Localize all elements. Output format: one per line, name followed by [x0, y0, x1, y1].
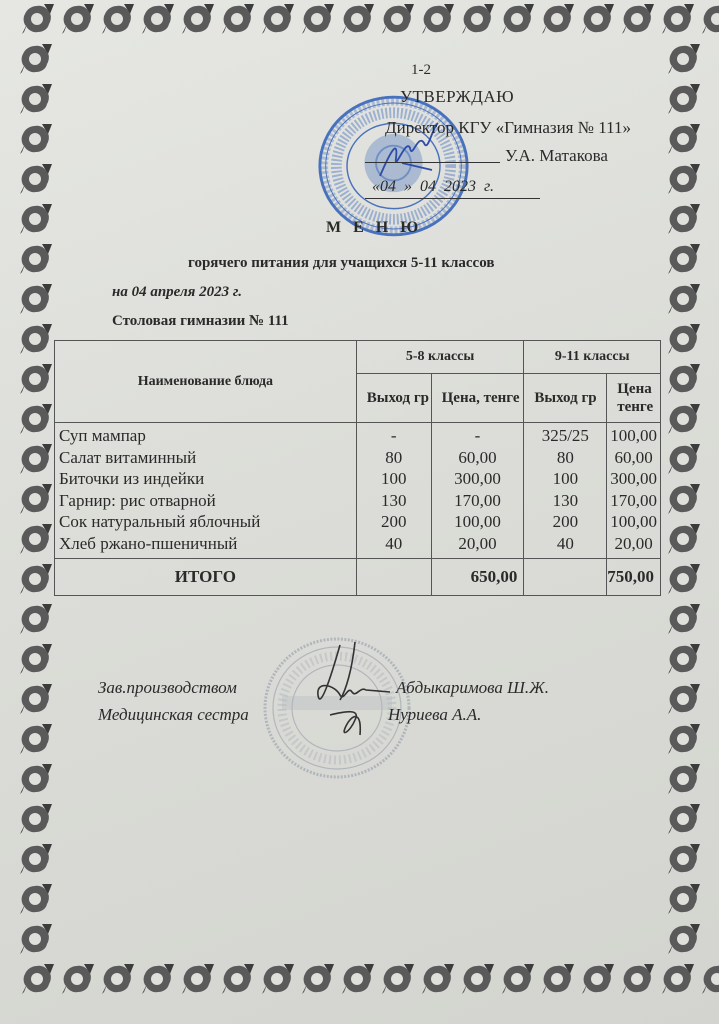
- ornament-tile-icon: [538, 962, 576, 996]
- ornament-tile-icon: [16, 282, 54, 316]
- ornament-tile-icon: [98, 2, 136, 36]
- ornament-tile-icon: [378, 962, 416, 996]
- ornament-tile-icon: [578, 2, 616, 36]
- total-label: ИТОГО: [55, 559, 357, 596]
- table-cell-b-yield: 100: [524, 468, 606, 490]
- nurse-role: Медицинская сестра: [98, 705, 249, 725]
- ornament-tile-icon: [18, 2, 56, 36]
- ornament-tile-icon: [418, 962, 456, 996]
- ornament-tile-icon: [16, 842, 54, 876]
- table-cell-b-price: 300,00: [607, 468, 660, 490]
- total-empty-a: [356, 559, 431, 596]
- date-underline: [365, 198, 540, 199]
- production-manager-role: Зав.производством: [98, 678, 237, 698]
- yield-a-column: -8010013020040: [356, 423, 431, 559]
- table-cell-b-price: 20,00: [607, 533, 660, 555]
- total-price-a: 650,00: [431, 559, 524, 596]
- ornament-tile-icon: [16, 402, 54, 436]
- ornament-tile-icon: [664, 722, 702, 756]
- ornament-tile-icon: [16, 122, 54, 156]
- ornament-tile-icon: [664, 202, 702, 236]
- table-cell-a-price: 300,00: [432, 468, 524, 490]
- table-cell-name: Гарнир: рис отварной: [59, 490, 352, 512]
- canteen-name: Столовая гимназии № 111: [112, 313, 289, 330]
- table-cell-b-yield: 40: [524, 533, 606, 555]
- ornament-tile-icon: [58, 962, 96, 996]
- ornament-tile-icon: [298, 962, 336, 996]
- table-cell-b-price: 100,00: [607, 425, 660, 447]
- manager-signature: [300, 640, 410, 740]
- ornament-tile-icon: [498, 962, 536, 996]
- ornament-tile-icon: [16, 82, 54, 116]
- ornament-tile-icon: [664, 242, 702, 276]
- school-stamp-icon: [316, 92, 471, 240]
- nurse-name: Нуриева А.А.: [388, 705, 481, 725]
- table-cell-b-yield: 80: [524, 447, 606, 469]
- ornament-tile-icon: [138, 962, 176, 996]
- ornament-tile-icon: [16, 922, 54, 956]
- table-cell-a-yield: -: [357, 425, 431, 447]
- ornament-tile-icon: [664, 522, 702, 556]
- ornament-tile-icon: [16, 762, 54, 796]
- director-name: У.А. Матакова: [505, 146, 608, 166]
- ornament-tile-icon: [16, 722, 54, 756]
- total-price-b: 750,00: [607, 559, 661, 596]
- menu-date: на 04 апреля 2023 г.: [112, 284, 242, 301]
- ornament-tile-icon: [664, 682, 702, 716]
- table-cell-b-yield: 200: [524, 511, 606, 533]
- ornament-tile-icon: [16, 442, 54, 476]
- ornament-tile-icon: [664, 762, 702, 796]
- ornament-tile-icon: [664, 122, 702, 156]
- ornament-tile-icon: [16, 362, 54, 396]
- ornament-tile-icon: [664, 602, 702, 636]
- ornament-tile-icon: [458, 2, 496, 36]
- ornament-tile-icon: [618, 2, 656, 36]
- table-cell-a-yield: 80: [357, 447, 431, 469]
- ornament-tile-icon: [664, 562, 702, 596]
- ornament-tile-icon: [16, 162, 54, 196]
- table-cell-a-price: 20,00: [432, 533, 524, 555]
- ornament-tile-icon: [498, 2, 536, 36]
- ornament-tile-icon: [338, 962, 376, 996]
- header-dish-name: Наименование блюда: [55, 341, 357, 423]
- ornament-tile-icon: [258, 2, 296, 36]
- ornament-tile-icon: [664, 42, 702, 76]
- header-group-9-11: 9-11 классы: [524, 341, 661, 374]
- menu-table: Наименование блюда 5-8 классы 9-11 класс…: [54, 340, 661, 596]
- production-manager-name: Абдыкаримова Ш.Ж.: [396, 678, 549, 698]
- table-cell-b-price: 60,00: [607, 447, 660, 469]
- document-title: М Е Н Ю: [326, 219, 422, 237]
- ornament-tile-icon: [16, 202, 54, 236]
- price-a-column: -60,00300,00170,00100,0020,00: [431, 423, 524, 559]
- ornament-tile-icon: [664, 882, 702, 916]
- total-row: ИТОГО 650,00 750,00: [55, 559, 661, 596]
- ornament-tile-icon: [618, 962, 656, 996]
- ornament-tile-icon: [16, 522, 54, 556]
- ornament-tile-icon: [664, 282, 702, 316]
- ornament-tile-icon: [664, 442, 702, 476]
- table-cell-a-yield: 130: [357, 490, 431, 512]
- header-price-b: Цена тенге: [607, 374, 661, 423]
- ornament-tile-icon: [16, 602, 54, 636]
- ornament-tile-icon: [664, 362, 702, 396]
- ornament-tile-icon: [658, 962, 696, 996]
- ornament-tile-icon: [698, 2, 719, 36]
- ornament-tile-icon: [178, 2, 216, 36]
- ornament-tile-icon: [16, 42, 54, 76]
- table-cell-a-price: 170,00: [432, 490, 524, 512]
- ornament-tile-icon: [578, 962, 616, 996]
- ornament-tile-icon: [16, 642, 54, 676]
- table-cell-name: Салат витаминный: [59, 447, 352, 469]
- signature-line: [365, 162, 500, 163]
- ornament-tile-icon: [16, 482, 54, 516]
- price-b-column: 100,0060,00300,00170,00100,0020,00: [607, 423, 661, 559]
- table-cell-b-yield: 130: [524, 490, 606, 512]
- ornament-tile-icon: [418, 2, 456, 36]
- table-cell-name: Суп мампар: [59, 425, 352, 447]
- ornament-tile-icon: [664, 922, 702, 956]
- approve-label: УТВЕРЖДАЮ: [400, 87, 514, 107]
- ornament-tile-icon: [16, 882, 54, 916]
- ornament-tile-icon: [378, 2, 416, 36]
- ornament-tile-icon: [664, 642, 702, 676]
- ornament-tile-icon: [664, 842, 702, 876]
- ornament-tile-icon: [338, 2, 376, 36]
- table-cell-b-price: 170,00: [607, 490, 660, 512]
- ornament-tile-icon: [664, 402, 702, 436]
- header-yield-a: Выход гр: [356, 374, 431, 423]
- ornament-tile-icon: [658, 2, 696, 36]
- ornament-tile-icon: [664, 162, 702, 196]
- ornament-tile-icon: [258, 962, 296, 996]
- ornament-tile-icon: [16, 682, 54, 716]
- table-cell-b-price: 100,00: [607, 511, 660, 533]
- ornament-tile-icon: [58, 2, 96, 36]
- ornament-tile-icon: [16, 242, 54, 276]
- menu-document-page: 1-2 УТВЕРЖДАЮ Директор КГУ «Гимназия № 1…: [0, 0, 719, 1024]
- table-cell-name: Хлеб ржано-пшеничный: [59, 533, 352, 555]
- ornament-tile-icon: [218, 2, 256, 36]
- approval-date: «04 » 04 2023 г.: [372, 178, 494, 196]
- table-cell-b-yield: 325/25: [524, 425, 606, 447]
- ornament-tile-icon: [698, 962, 719, 996]
- table-cell-a-price: -: [432, 425, 524, 447]
- ornament-tile-icon: [664, 482, 702, 516]
- table-cell-a-yield: 200: [357, 511, 431, 533]
- ornament-tile-icon: [664, 82, 702, 116]
- header-yield-b: Выход гр: [524, 374, 607, 423]
- ornament-tile-icon: [218, 962, 256, 996]
- ornament-tile-icon: [16, 322, 54, 356]
- table-cell-name: Сок натуральный яблочный: [59, 511, 352, 533]
- ornament-tile-icon: [98, 962, 136, 996]
- ornament-tile-icon: [458, 962, 496, 996]
- table-cell-a-price: 60,00: [432, 447, 524, 469]
- table-body-row: Суп мампарСалат витаминныйБиточки из инд…: [55, 423, 661, 559]
- ornament-tile-icon: [538, 2, 576, 36]
- header-group-5-8: 5-8 классы: [356, 341, 524, 374]
- table-cell-name: Биточки из индейки: [59, 468, 352, 490]
- table-cell-a-yield: 100: [357, 468, 431, 490]
- total-empty-b: [524, 559, 607, 596]
- dish-names-column: Суп мампарСалат витаминныйБиточки из инд…: [55, 423, 357, 559]
- ornament-tile-icon: [664, 322, 702, 356]
- director-title: Директор КГУ «Гимназия № 111»: [385, 118, 631, 138]
- document-subtitle: горячего питания для учащихся 5-11 класс…: [188, 255, 494, 272]
- ornament-tile-icon: [178, 962, 216, 996]
- ornament-tile-icon: [298, 2, 336, 36]
- table-cell-a-price: 100,00: [432, 511, 524, 533]
- yield-b-column: 325/258010013020040: [524, 423, 607, 559]
- ornament-tile-icon: [664, 802, 702, 836]
- table-cell-a-yield: 40: [357, 533, 431, 555]
- header-price-a: Цена, тенге: [431, 374, 524, 423]
- ornament-tile-icon: [18, 962, 56, 996]
- page-number: 1-2: [411, 62, 431, 79]
- ornament-tile-icon: [16, 562, 54, 596]
- ornament-tile-icon: [16, 802, 54, 836]
- ornament-tile-icon: [138, 2, 176, 36]
